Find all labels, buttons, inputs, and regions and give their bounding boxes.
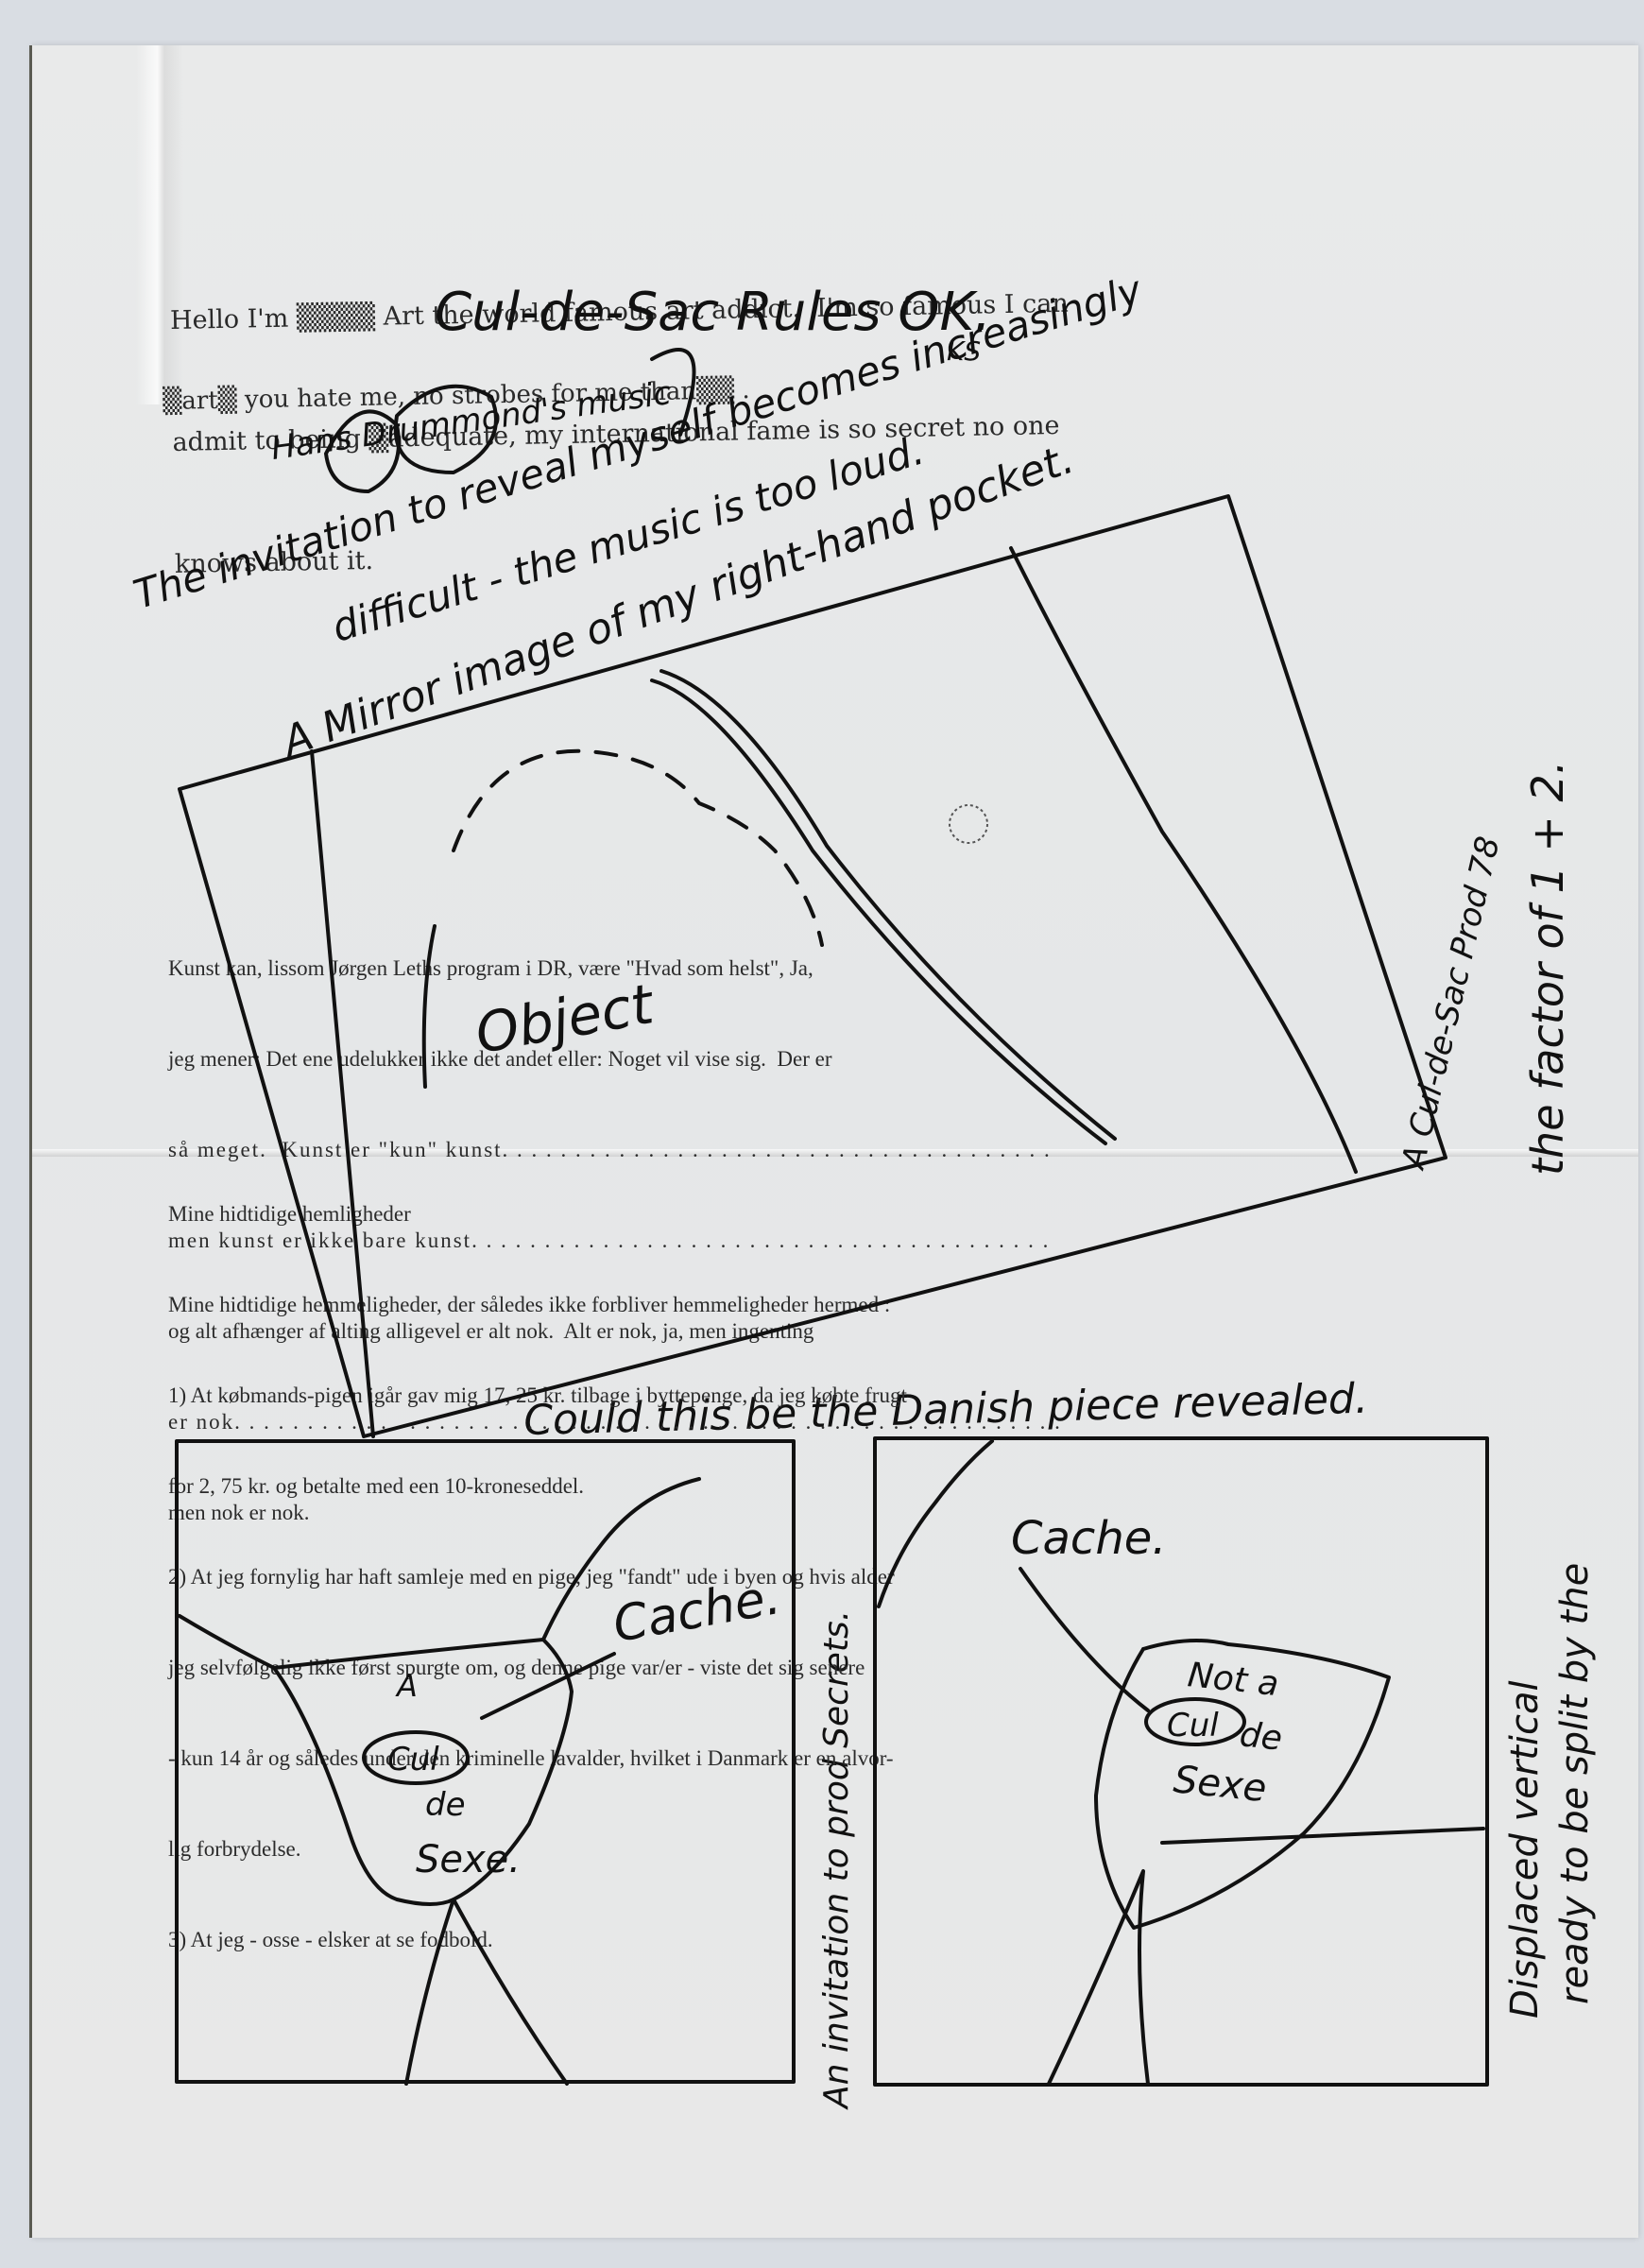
secrets-line: 3) At jeg - osse - elsker at se fodbold. xyxy=(168,1925,907,1955)
right-panel-cache: Cache. xyxy=(1011,1512,1167,1565)
typed-danish-secrets: Mine hidtidige hemligheder Mine hidtidig… xyxy=(168,1139,907,1985)
secrets-line: 1) At købmands-pigen igår gav mig 17, 25… xyxy=(168,1381,907,1411)
secrets-line: 2) At jeg fornylig har haft samleje med … xyxy=(168,1562,907,1592)
secrets-line: Mine hidtidige hemmeligheder, der sålede… xyxy=(168,1290,907,1320)
right-panel-cul: Cul xyxy=(1167,1707,1219,1744)
left-panel-a: A xyxy=(397,1668,418,1704)
secrets-line: jeg selvfølgelig ikke først spurgte om, … xyxy=(168,1653,907,1683)
left-panel-cul: Cul xyxy=(387,1741,439,1778)
handwritten-displaced-line-1: Displaced vertical xyxy=(1503,1680,1547,2019)
secrets-line: - kun 14 år og således under den krimine… xyxy=(168,1744,907,1774)
handwritten-factor: the factor of 1 + 2. xyxy=(1522,761,1573,1176)
secrets-line: lig forbrydelse. xyxy=(168,1834,907,1864)
handwritten-displaced-line-2: ready to be split by the xyxy=(1553,1563,1597,2004)
left-panel-de: de xyxy=(425,1786,466,1824)
danish-line: Kunst kan, lissom Jørgen Leths program i… xyxy=(168,954,1062,984)
handwritten-cul-de-sac-rules: Cul-de-Sac Rules OK. xyxy=(435,282,991,343)
secrets-title: Mine hidtidige hemligheder xyxy=(168,1199,907,1229)
danish-line: jeg mener: Det ene udelukker ikke det an… xyxy=(168,1044,1062,1074)
secrets-line: for 2, 75 kr. og betalte med een 10-kron… xyxy=(168,1471,907,1502)
right-panel-de: de xyxy=(1238,1715,1284,1758)
left-panel-sexe: Sexe. xyxy=(416,1838,521,1881)
